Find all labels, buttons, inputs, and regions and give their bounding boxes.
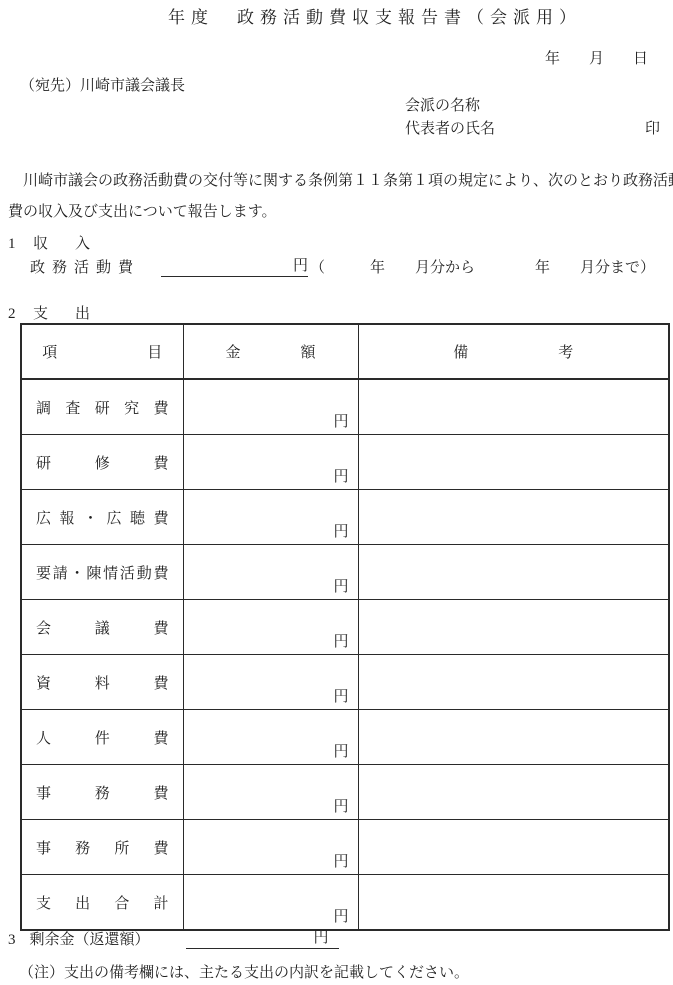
- amount-cell: 円: [183, 379, 358, 435]
- report-form-page: 年度 政務活動費収支報告書（会派用） 年 月 日 （宛先）川崎市議会議長 会派の…: [0, 0, 673, 985]
- income-line: 政務活動費円（ 年 月分から 年 月分まで）: [30, 256, 655, 277]
- income-period: （ 年 月分から 年 月分まで）: [310, 260, 655, 276]
- remarks-cell: [358, 490, 669, 545]
- expense-item-cell: 人件費: [21, 710, 183, 765]
- expense-item-cell: 広報・広聴費: [21, 490, 183, 545]
- table-row: 研修費 円: [21, 435, 669, 490]
- surplus-unit: 円: [314, 930, 329, 946]
- amount-cell: 円: [183, 490, 358, 545]
- amount-cell: 円: [183, 765, 358, 820]
- expense-item-cell: 要請・陳情活動費: [21, 545, 183, 600]
- yen-unit: 円: [333, 799, 348, 815]
- remarks-cell: [358, 875, 669, 931]
- income-amount-blank: 円: [161, 256, 308, 277]
- yen-unit: 円: [333, 524, 348, 540]
- expense-item-cell: 調査研究費: [21, 379, 183, 435]
- remarks-cell: [358, 710, 669, 765]
- intro-paragraph-line-1: 川崎市議会の政務活動費の交付等に関する条例第１１条第１項の規定により、次のとおり…: [8, 166, 673, 197]
- expense-item-cell: 会議費: [21, 600, 183, 655]
- expense-item-cell: 事務所費: [21, 820, 183, 875]
- remarks-cell: [358, 655, 669, 710]
- footnote: （注）支出の備考欄には、主たる支出の内訳を記載してください。: [19, 961, 469, 982]
- amount-cell: 円: [183, 655, 358, 710]
- amount-cell: 円: [183, 435, 358, 490]
- expense-item-cell: 支出合計: [21, 875, 183, 931]
- expense-table-header-row: 項 目 金 額 備 考: [21, 324, 669, 379]
- table-row: 資料費 円: [21, 655, 669, 710]
- remarks-cell: [358, 379, 669, 435]
- yen-unit: 円: [333, 414, 348, 430]
- income-item-label: 政務活動費: [30, 260, 140, 276]
- intro-paragraph-line-2: 費の収入及び支出について報告します。: [8, 197, 673, 228]
- yen-unit: 円: [333, 909, 348, 925]
- expense-section-label: 支 出: [33, 306, 96, 322]
- table-row: 事務費 円: [21, 765, 669, 820]
- surplus-label: 剰余金（返還額）: [30, 932, 150, 948]
- amount-cell: 円: [183, 545, 358, 600]
- table-row: 会議費 円: [21, 600, 669, 655]
- surplus-line: 3剰余金（返還額）円: [8, 928, 339, 949]
- expense-item-cell: 資料費: [21, 655, 183, 710]
- remarks-cell: [358, 435, 669, 490]
- header-amount-column: 金 額: [183, 324, 358, 379]
- amount-cell: 円: [183, 820, 358, 875]
- remarks-cell: [358, 545, 669, 600]
- yen-unit: 円: [333, 634, 348, 650]
- income-section-label: 収 入: [33, 236, 96, 252]
- yen-unit: 円: [333, 854, 348, 870]
- header-remarks-column: 備 考: [358, 324, 669, 379]
- expense-section-number: 2: [8, 306, 23, 323]
- recipient-line: （宛先）川崎市議会議長: [20, 74, 185, 95]
- yen-unit: 円: [333, 469, 348, 485]
- faction-name-label: 会派の名称: [405, 94, 480, 115]
- intro-paragraph: 川崎市議会の政務活動費の交付等に関する条例第１１条第１項の規定により、次のとおり…: [8, 166, 673, 228]
- header-item-column: 項 目: [21, 324, 183, 379]
- table-row: 人件費 円: [21, 710, 669, 765]
- table-row: 広報・広聴費 円: [21, 490, 669, 545]
- table-row: 支出合計 円: [21, 875, 669, 931]
- remarks-cell: [358, 820, 669, 875]
- seal-mark: 印: [645, 117, 660, 138]
- yen-unit: 円: [333, 689, 348, 705]
- amount-cell: 円: [183, 710, 358, 765]
- income-section-number: 1: [8, 236, 23, 253]
- income-unit: 円: [293, 258, 308, 274]
- income-section-heading: 1収 入: [8, 232, 96, 253]
- expense-item-cell: 研修費: [21, 435, 183, 490]
- remarks-cell: [358, 765, 669, 820]
- expense-section-heading: 2支 出: [8, 302, 96, 323]
- yen-unit: 円: [333, 579, 348, 595]
- table-row: 要請・陳情活動費 円: [21, 545, 669, 600]
- expense-table: 項 目 金 額 備 考 調査研究費 円 研修費 円 広報・広聴費 円 要請・: [20, 323, 670, 931]
- amount-cell: 円: [183, 600, 358, 655]
- yen-unit: 円: [333, 744, 348, 760]
- expense-item-cell: 事務費: [21, 765, 183, 820]
- surplus-section-number: 3: [8, 932, 16, 948]
- date-line: 年 月 日: [545, 47, 655, 68]
- table-row: 調査研究費 円: [21, 379, 669, 435]
- remarks-cell: [358, 600, 669, 655]
- surplus-amount-blank: 円: [186, 928, 339, 949]
- representative-name-label: 代表者の氏名: [405, 117, 495, 138]
- table-row: 事務所費 円: [21, 820, 669, 875]
- page-title: 年度 政務活動費収支報告書（会派用）: [168, 5, 582, 31]
- amount-cell: 円: [183, 875, 358, 931]
